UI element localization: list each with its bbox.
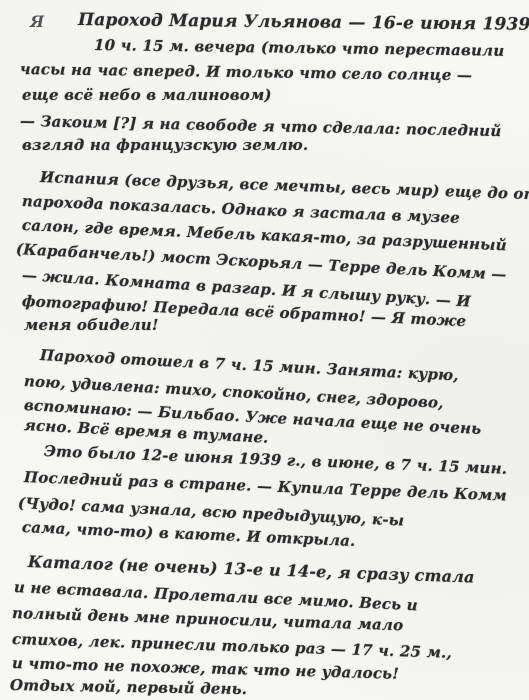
page-mark: Я: [30, 12, 44, 31]
text-line: 10 ч. 15 м. вечера (только что перестави…: [94, 36, 505, 60]
text-line: взгляд на французскую землю.: [22, 136, 308, 154]
heading-line: Пароход Мария Ульянова — 16-е июня 1939 …: [78, 10, 529, 35]
manuscript-page: Я Пароход Мария Ульянова — 16-е июня 193…: [0, 0, 529, 700]
text-line: меня обидели!: [24, 316, 159, 334]
text-line: Отдых мой, первый день.: [10, 676, 247, 698]
text-line: еще всё небо в малиновом): [22, 86, 272, 104]
text-line: часы на час вперед. И только что село со…: [20, 60, 472, 84]
